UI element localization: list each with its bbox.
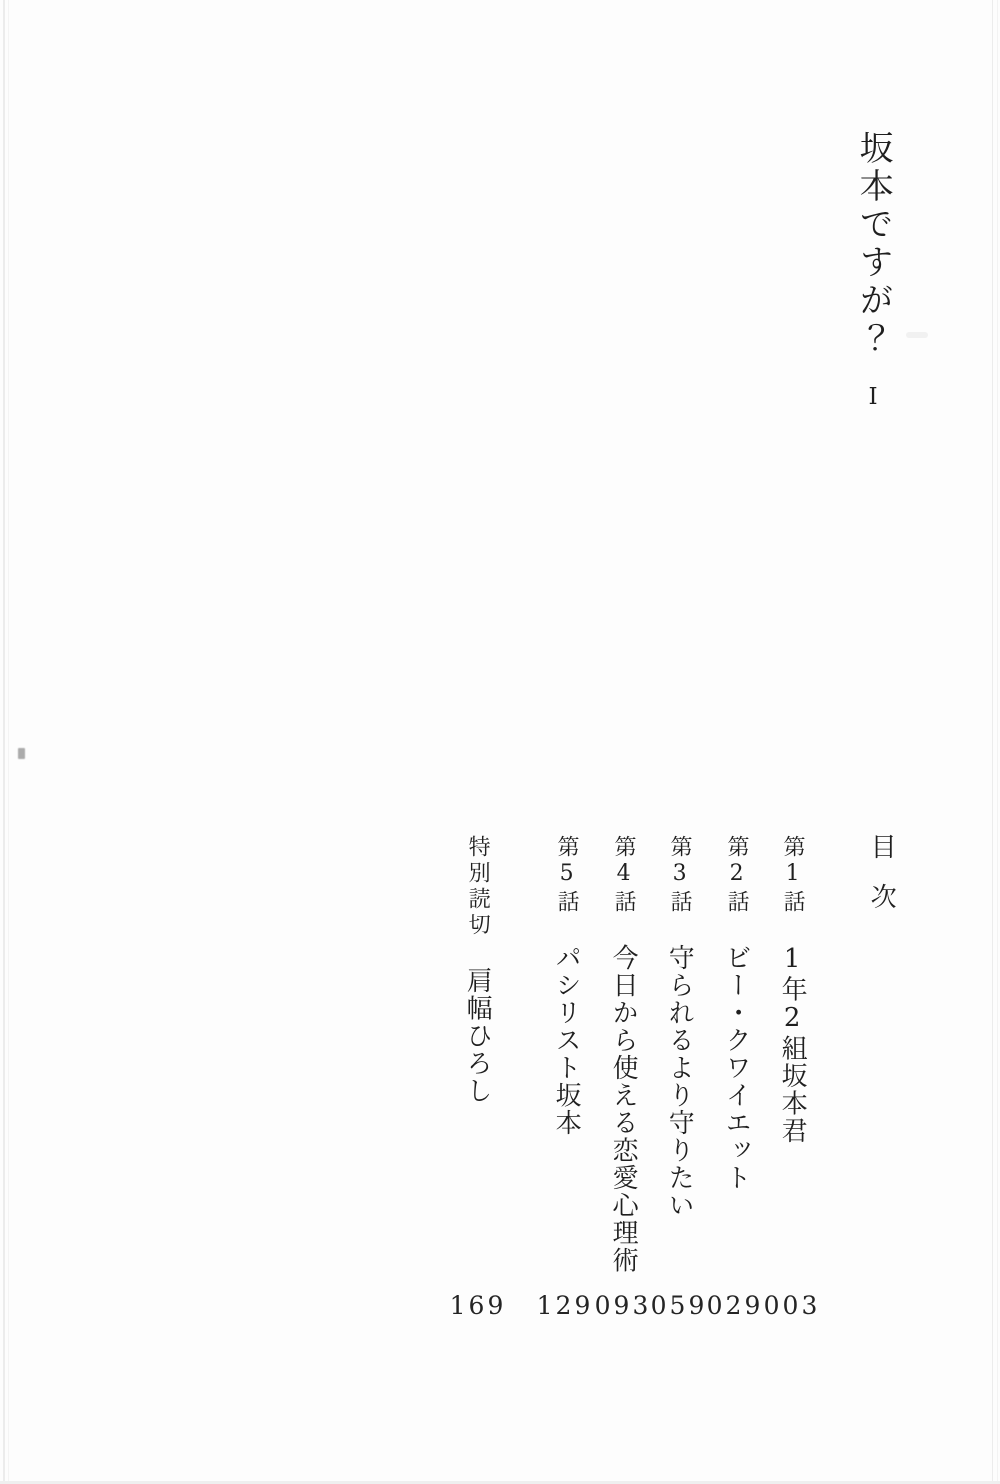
scan-edge-line-left [3, 0, 5, 1484]
scan-edge-line-right [992, 0, 993, 1484]
chapter-label: 第4話 [611, 835, 636, 916]
chapter-label: 特別読切 [465, 835, 490, 939]
toc-entry-column: 第3話守られるより守りたい [664, 835, 693, 1219]
book-toc-page: 坂本ですが？I 目次 第1話1年2組坂本君 第2話ビー・クワイエット 第3話守ら… [0, 0, 1000, 1484]
chapter-title: 今日から使える恋愛心理術 [608, 944, 638, 1274]
chapter-title: パシリスト坂本 [551, 944, 581, 1137]
page-number: 169 [450, 1291, 507, 1320]
toc-entry-column: 第2話ビー・クワイエット [721, 835, 750, 1192]
toc-entry-column: 特別読切肩幅ひろし [462, 835, 491, 1105]
page-number: 059 [651, 1291, 708, 1320]
scan-smudge [906, 332, 928, 338]
toc-heading: 目次 [866, 833, 895, 933]
toc-entry-column: 第4話今日から使える恋愛心理術 [608, 835, 637, 1274]
page-number: 003 [764, 1291, 821, 1320]
page-number: 029 [707, 1291, 764, 1320]
toc-entry-column: 第1話1年2組坂本君 [777, 835, 806, 1145]
chapter-title: 肩幅ひろし [462, 967, 492, 1105]
scan-mark [18, 748, 25, 759]
toc-entry-column: 第5話パシリスト坂本 [551, 835, 580, 1137]
scan-edge-line-right-2 [997, 0, 998, 1484]
chapter-label: 第2話 [724, 835, 749, 916]
chapter-label: 第1話 [780, 835, 805, 916]
chapter-title: 守られるより守りたい [664, 944, 694, 1219]
chapter-title: 1年2組坂本君 [777, 944, 807, 1145]
book-title: 坂本ですが？ [853, 130, 893, 358]
chapter-label: 第5話 [554, 835, 579, 916]
chapter-label: 第3話 [667, 835, 692, 916]
volume-number: I [860, 384, 886, 410]
chapter-title: ビー・クワイエット [721, 944, 751, 1192]
book-title-column: 坂本ですが？I [854, 130, 892, 410]
page-number: 093 [595, 1291, 652, 1320]
scan-edge-line-left-2 [8, 0, 9, 1484]
page-number: 129 [537, 1291, 594, 1320]
